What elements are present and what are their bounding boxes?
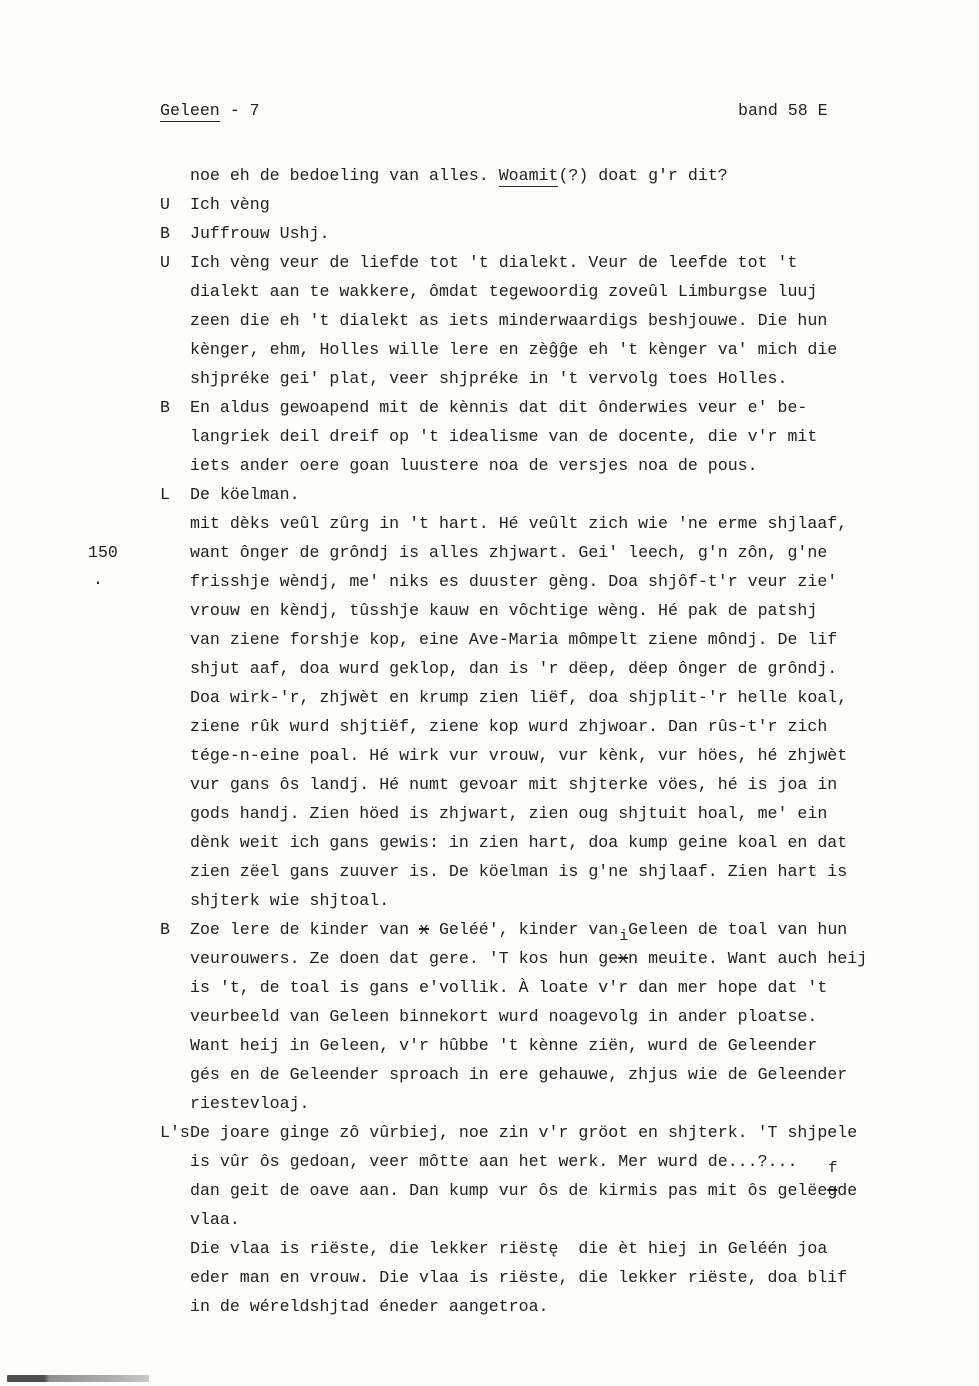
text-run: dènk weit ich gans gewis: in zien hart, … xyxy=(190,833,847,852)
text-run: vlaa. xyxy=(190,1210,240,1229)
overstruck-correction: ix xyxy=(618,944,628,973)
text-run: is vûr ôs gedoan, veer môtte aan het wer… xyxy=(190,1152,797,1171)
transcript-line: shjut aaf, doa wurd geklop, dan is 'r dë… xyxy=(0,654,979,683)
text-run: veurbeeld van Geleen binnekort wurd noag… xyxy=(190,1007,817,1026)
line-text: noe eh de bedoeling van alles. Woamit(?)… xyxy=(190,161,728,190)
transcript-line: want ônger de grôndj is alles zhjwart. G… xyxy=(0,538,979,567)
text-run: shjut aaf, doa wurd geklop, dan is 'r dë… xyxy=(190,659,837,678)
transcript-line: Want heij in Geleen, v'r hûbbe 't kènne … xyxy=(0,1031,979,1060)
line-text: dan geit de oave aan. Dan kump vur ôs de… xyxy=(190,1176,857,1205)
overstruck-correction: fg xyxy=(827,1176,837,1205)
line-text: zien zëel gans zuuver is. De köelman is … xyxy=(190,857,847,886)
inserted-letter: f xyxy=(828,1162,837,1176)
line-text: vrouw en kèndj, tûsshje kauw en vôchtige… xyxy=(190,596,817,625)
speaker-label: L's xyxy=(160,1118,190,1147)
text-run: Ich vèng veur de liefde tot 't dialekt. … xyxy=(190,253,797,272)
transcript-line: dan geit de oave aan. Dan kump vur ôs de… xyxy=(0,1176,979,1205)
line-text: Ich vèng veur de liefde tot 't dialekt. … xyxy=(190,248,797,277)
transcript-line: shjpréke gei' plat, veer shjpréke in 't … xyxy=(0,364,979,393)
line-text: vur gans ôs landj. Hé numt gevoar mit sh… xyxy=(190,770,837,799)
text-run: iets ander oere goan luustere noa de ver… xyxy=(190,456,758,475)
struck-letter: x xyxy=(419,920,429,939)
text-run: Doa wirk-'r, zhjwèt en krump zien liëf, … xyxy=(190,688,847,707)
line-text: Doa wirk-'r, zhjwèt en krump zien liëf, … xyxy=(190,683,847,712)
text-run: - 7 xyxy=(220,101,260,120)
transcript-line: Die vlaa is riëste, die lekker riëstę di… xyxy=(0,1234,979,1263)
line-text: Juffrouw Ushj. xyxy=(190,219,329,248)
line-text: dialekt aan te wakkere, ômdat tegewoordi… xyxy=(190,277,817,306)
text-run: ziene rûk wurd shjtiëf, ziene kop wurd z… xyxy=(190,717,827,736)
transcript-line: frisshje wèndj, me' niks es duuster gèng… xyxy=(0,567,979,596)
transcript-line: UIch vèng xyxy=(0,190,979,219)
text-run: kènger, ehm, Holles wille lere en zèĝĝe … xyxy=(190,340,837,359)
transcript-line: eder man en vrouw. Die vlaa is riëste, d… xyxy=(0,1263,979,1292)
text-run: n meuite. Want auch heij xyxy=(628,949,867,968)
line-text: ziene rûk wurd shjtiëf, ziene kop wurd z… xyxy=(190,712,827,741)
line-text: is 't, de toal is gans e'vollik. À loate… xyxy=(190,973,827,1002)
line-text: in de wéreldshjtad éneder aangetroa. xyxy=(190,1292,548,1321)
transcript-line: BJuffrouw Ushj. xyxy=(0,219,979,248)
transcript-line: ziene rûk wurd shjtiëf, ziene kop wurd z… xyxy=(0,712,979,741)
text-run: van ziene forshje kop, eine Ave-Maria mô… xyxy=(190,630,837,649)
text-run: gods handj. Zien höed is zhjwart, zien o… xyxy=(190,804,827,823)
text-run: De köelman. xyxy=(190,485,300,504)
line-text: mit dèks veûl zûrg in 't hart. Hé veûlt … xyxy=(190,509,847,538)
text-run: dialekt aan te wakkere, ômdat tegewoordi… xyxy=(190,282,817,301)
transcript-line: L'sDe joare ginge zô vûrbiej, noe zin v'… xyxy=(0,1118,979,1147)
transcript-line: mit dèks veûl zûrg in 't hart. Hé veûlt … xyxy=(0,509,979,538)
line-text: want ônger de grôndj is alles zhjwart. G… xyxy=(190,538,827,567)
text-run: is 't, de toal is gans e'vollik. À loate… xyxy=(190,978,827,997)
line-text: shjpréke gei' plat, veer shjpréke in 't … xyxy=(190,364,787,393)
line-text: dènk weit ich gans gewis: in zien hart, … xyxy=(190,828,847,857)
transcript-line: in de wéreldshjtad éneder aangetroa. xyxy=(0,1292,979,1321)
underlined-text: Geleen xyxy=(160,101,220,122)
transcript-line: shjterk wie shjtoal. xyxy=(0,886,979,915)
line-text: langriek deil dreif op 't idealisme van … xyxy=(190,422,817,451)
text-run: En aldus gewoapend mit de kènnis dat dit… xyxy=(190,398,807,417)
text-run: tége-n-eine poal. Hé wirk vur vrouw, vur… xyxy=(190,746,847,765)
text-run: dan geit de oave aan. Dan kump vur ôs de… xyxy=(190,1181,827,1200)
inserted-letter: i xyxy=(619,930,628,944)
line-text: zeen die eh 't dialekt as iets minderwaa… xyxy=(190,306,827,335)
transcript-body: noe eh de bedoeling van alles. Woamit(?)… xyxy=(0,161,979,1321)
transcript-line: LDe köelman. xyxy=(0,480,979,509)
text-run: veurouwers. Ze doen dat gere. 'T kos hun… xyxy=(190,949,618,968)
text-run: gés en de Geleender sproach in ere gehau… xyxy=(190,1065,847,1084)
transcript-line: vur gans ôs landj. Hé numt gevoar mit sh… xyxy=(0,770,979,799)
transcript-line: UIch vèng veur de liefde tot 't dialekt.… xyxy=(0,248,979,277)
overstruck-correction: x xyxy=(419,915,429,944)
text-run: Die vlaa is riëste, die lekker riëstę di… xyxy=(190,1239,827,1258)
text-run: vur gans ôs landj. Hé numt gevoar mit sh… xyxy=(190,775,837,794)
text-run: mit dèks veûl zûrg in 't hart. Hé veûlt … xyxy=(190,514,847,533)
text-run: Juffrouw Ushj. xyxy=(190,224,329,243)
text-run: Want heij in Geleen, v'r hûbbe 't kènne … xyxy=(190,1036,817,1055)
text-run: eder man en vrouw. Die vlaa is riëste, d… xyxy=(190,1268,847,1287)
line-text: van ziene forshje kop, eine Ave-Maria mô… xyxy=(190,625,837,654)
text-run: in de wéreldshjtad éneder aangetroa. xyxy=(190,1297,548,1316)
speaker-label: B xyxy=(160,219,170,248)
line-text: is vûr ôs gedoan, veer môtte aan het wer… xyxy=(190,1147,797,1176)
transcript-line: van ziene forshje kop, eine Ave-Maria mô… xyxy=(0,625,979,654)
transcript-line: is 't, de toal is gans e'vollik. À loate… xyxy=(0,973,979,1002)
transcript-line: zeen die eh 't dialekt as iets minderwaa… xyxy=(0,306,979,335)
text-run: shjterk wie shjtoal. xyxy=(190,891,389,910)
line-text: kènger, ehm, Holles wille lere en zèĝĝe … xyxy=(190,335,837,364)
text-run: langriek deil dreif op 't idealisme van … xyxy=(190,427,817,446)
transcript-line: Doa wirk-'r, zhjwèt en krump zien liëf, … xyxy=(0,683,979,712)
struck-letter: g xyxy=(827,1181,837,1200)
line-text: Ich vèng xyxy=(190,190,270,219)
text-run: frisshje wèndj, me' niks es duuster gèng… xyxy=(190,572,837,591)
line-text: frisshje wèndj, me' niks es duuster gèng… xyxy=(190,567,837,596)
line-text: tége-n-eine poal. Hé wirk vur vrouw, vur… xyxy=(190,741,847,770)
transcript-line: noe eh de bedoeling van alles. Woamit(?)… xyxy=(0,161,979,190)
scan-artifact-mark xyxy=(7,1375,149,1382)
line-text: riestevloaj. xyxy=(190,1089,310,1118)
transcript-line: vlaa. xyxy=(0,1205,979,1234)
line-text: Die vlaa is riëste, die lekker riëstę di… xyxy=(190,1234,827,1263)
transcript-line: iets ander oere goan luustere noa de ver… xyxy=(0,451,979,480)
underlined-text: Woamit xyxy=(499,166,559,187)
transcript-line: langriek deil dreif op 't idealisme van … xyxy=(0,422,979,451)
page-title: Geleen - 7 xyxy=(160,100,260,122)
transcript-line: riestevloaj. xyxy=(0,1089,979,1118)
line-text: shjut aaf, doa wurd geklop, dan is 'r dë… xyxy=(190,654,837,683)
speaker-label: L xyxy=(160,480,170,509)
line-text: vlaa. xyxy=(190,1205,240,1234)
transcript-line: vrouw en kèndj, tûsshje kauw en vôchtige… xyxy=(0,596,979,625)
text-run: noe eh de bedoeling van alles. xyxy=(190,166,499,185)
transcript-line: gés en de Geleender sproach in ere gehau… xyxy=(0,1060,979,1089)
text-run: Ich vèng xyxy=(190,195,270,214)
line-text: shjterk wie shjtoal. xyxy=(190,886,389,915)
line-text: veurouwers. Ze doen dat gere. 'T kos hun… xyxy=(190,944,867,973)
line-text: gés en de Geleender sproach in ere gehau… xyxy=(190,1060,847,1089)
transcript-line: veurouwers. Ze doen dat gere. 'T kos hun… xyxy=(0,944,979,973)
text-run: vrouw en kèndj, tûsshje kauw en vôchtige… xyxy=(190,601,817,620)
text-run: (?) doat g'r dit? xyxy=(558,166,727,185)
line-text: gods handj. Zien höed is zhjwart, zien o… xyxy=(190,799,827,828)
line-text: En aldus gewoapend mit de kènnis dat dit… xyxy=(190,393,807,422)
text-run: shjpréke gei' plat, veer shjpréke in 't … xyxy=(190,369,787,388)
line-text: De köelman. xyxy=(190,480,300,509)
speaker-label: B xyxy=(160,915,170,944)
transcript-line: kènger, ehm, Holles wille lere en zèĝĝe … xyxy=(0,335,979,364)
text-run: Zoe lere de kinder van xyxy=(190,920,419,939)
line-text: De joare ginge zô vûrbiej, noe zin v'r g… xyxy=(190,1118,857,1147)
text-run: want ônger de grôndj is alles zhjwart. G… xyxy=(190,543,827,562)
text-run: riestevloaj. xyxy=(190,1094,310,1113)
transcript-line: dialekt aan te wakkere, ômdat tegewoordi… xyxy=(0,277,979,306)
line-text: veurbeeld van Geleen binnekort wurd noag… xyxy=(190,1002,817,1031)
text-run: Geléé', kinder van Geleen de toal van hu… xyxy=(429,920,847,939)
transcript-line: dènk weit ich gans gewis: in zien hart, … xyxy=(0,828,979,857)
speaker-label: B xyxy=(160,393,170,422)
transcript-line: zien zëel gans zuuver is. De köelman is … xyxy=(0,857,979,886)
document-page: Geleen - 7 band 58 E 150 . noe eh de bed… xyxy=(0,0,979,1386)
text-run: zien zëel gans zuuver is. De köelman is … xyxy=(190,862,847,881)
transcript-line: tége-n-eine poal. Hé wirk vur vrouw, vur… xyxy=(0,741,979,770)
transcript-line: veurbeeld van Geleen binnekort wurd noag… xyxy=(0,1002,979,1031)
struck-letter: x xyxy=(618,949,628,968)
speaker-label: U xyxy=(160,248,170,277)
text-run: zeen die eh 't dialekt as iets minderwaa… xyxy=(190,311,827,330)
text-run: de xyxy=(837,1181,857,1200)
speaker-label: U xyxy=(160,190,170,219)
transcript-line: BZoe lere de kinder van x Geléé', kinder… xyxy=(0,915,979,944)
text-run: De joare ginge zô vûrbiej, noe zin v'r g… xyxy=(190,1123,857,1142)
line-text: eder man en vrouw. Die vlaa is riëste, d… xyxy=(190,1263,847,1292)
line-text: Want heij in Geleen, v'r hûbbe 't kènne … xyxy=(190,1031,817,1060)
line-text: Zoe lere de kinder van x Geléé', kinder … xyxy=(190,915,847,944)
band-number: band 58 E xyxy=(738,100,828,122)
transcript-line: BEn aldus gewoapend mit de kènnis dat di… xyxy=(0,393,979,422)
line-text: iets ander oere goan luustere noa de ver… xyxy=(190,451,758,480)
transcript-line: gods handj. Zien höed is zhjwart, zien o… xyxy=(0,799,979,828)
